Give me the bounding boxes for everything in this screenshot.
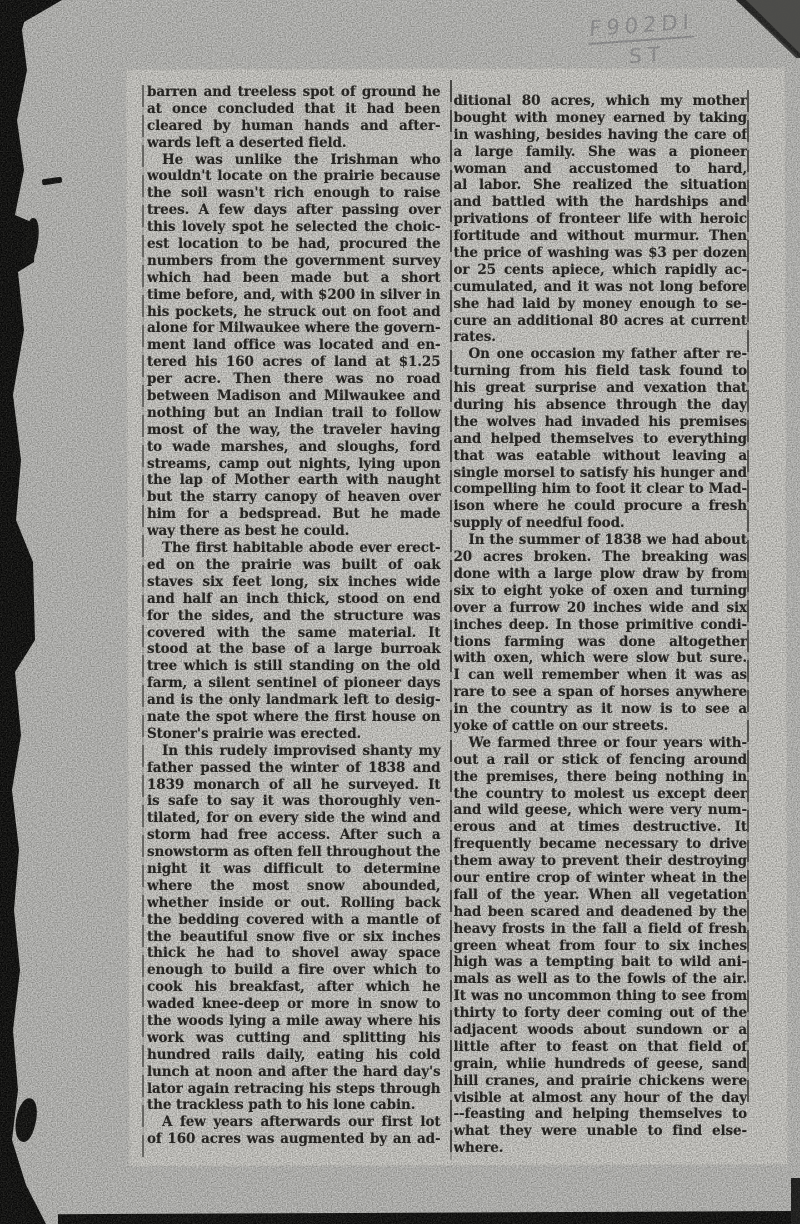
article-line: fortitude and without murmur. Then [454, 228, 748, 245]
article-line: this lovely spot he selected the choic- [147, 219, 441, 236]
article-line: and battled with the hardships and [454, 194, 748, 211]
article-line: inches deep. In those primitive condi- [454, 617, 748, 634]
article-line: thick he had to shovel away space [147, 945, 441, 962]
article-line: turning from his field task found to [454, 363, 748, 380]
article-line: waded knee-deep or more in snow to [147, 996, 441, 1013]
article-line: nothing but an Indian trail to follow [147, 405, 441, 422]
article-line: which had been made but a short [147, 270, 441, 287]
article-line: the lap of Mother earth with naught [147, 472, 441, 489]
article-line: woman and accustomed to hard, manu- [454, 161, 748, 178]
article-line: ison where he could procure a fresh [454, 498, 748, 515]
article-line: privations of fronteer life with heroic [454, 211, 748, 228]
article-line: father passed the winter of 1838 and [147, 760, 441, 777]
article-line: them away to prevent their destroying [454, 853, 748, 870]
article-line: storm had free access. After such a [147, 827, 441, 844]
article-line: what they were unable to find else- [454, 1123, 748, 1140]
article-line: bought with money earned by taking [454, 110, 748, 127]
article-line: green wheat from four to six inches [454, 938, 748, 955]
article-line: tree which is still standing on the old [147, 658, 441, 675]
article-line: tions farming was done altogether [454, 634, 748, 651]
article-line: lator again retracing his steps through [147, 1081, 441, 1098]
article-line: compelling him to foot it clear to Mad- [454, 481, 748, 498]
article-line: farm, a silent sentinel of pioneer days [147, 675, 441, 692]
article-line: that was eatable without leaving a [454, 448, 748, 465]
article-line: mals as well as to the fowls of the air. [454, 971, 748, 988]
article-line: rare to see a span of horses anywhere [454, 684, 748, 701]
article-line: six to eight yoke of oxen and turning [454, 583, 748, 600]
article-line: or 25 cents apiece, which rapidly ac- [454, 262, 748, 279]
article-column-right: ditional 80 acres, which my motherbought… [454, 93, 748, 1157]
torn-edge-left [0, 0, 46, 1224]
article-line: alone for Milwaukee where the govern- [147, 320, 441, 337]
article-line: the country to molest us except deer [454, 786, 748, 803]
paragraph: In this rudely improvised shanty myfathe… [147, 743, 441, 1115]
article-line: ditional 80 acres, which my mother [454, 93, 748, 110]
article-line: We farmed three or four years with- [454, 735, 748, 752]
article-line: the bedding covered with a mantle of [147, 912, 441, 929]
article-line: most of the way, the traveler having [147, 422, 441, 439]
article-line: In this rudely improvised shanty my [147, 743, 441, 760]
article-line: where the most snow abounded, [147, 878, 441, 895]
article-line: grain, whiie hundreds of geese, sand [454, 1056, 748, 1073]
article-line: cure an additional 80 acres at current [454, 313, 748, 330]
article-line: adjacent woods about sundown or a [454, 1022, 748, 1039]
article-body: barren and treeless spot of ground heat … [147, 84, 747, 1157]
paragraph: barren and treeless spot of ground heat … [147, 84, 441, 152]
paragraph: ditional 80 acres, which my motherbought… [454, 93, 748, 346]
article-line: in the country as it now is to see a [454, 701, 748, 718]
article-line: little after to feast on that field of [454, 1039, 748, 1056]
article-line: way there as best he could. [147, 523, 441, 540]
article-line: numbers from the government survey [147, 253, 441, 270]
article-line: In the summer of 1838 we had about [454, 532, 748, 549]
article-line: with oxen, which were slow but sure. [454, 650, 748, 667]
article-line: hundred rails daily, eating his cold [147, 1047, 441, 1064]
article-line: his great surprise and vexation that [454, 380, 748, 397]
tear-mark [42, 177, 63, 186]
article-line: tilated, for on every side the wind and [147, 810, 441, 827]
paragraph: A few years afterwards our first lotof 1… [147, 1114, 441, 1148]
article-line: for the sides, and the structure was [147, 608, 441, 625]
article-line: supply of needful food. [454, 515, 748, 532]
article-line: trees. A few days after passing over [147, 202, 441, 219]
article-line: lunch at noon and after the hard day's [147, 1064, 441, 1081]
article-line: 1839 monarch of all he surveyed. It [147, 777, 441, 794]
article-line: enough to build a fire over which to [147, 962, 441, 979]
article-line: barren and treeless spot of ground he [147, 84, 441, 101]
paragraph: In the summer of 1838 we had about20 acr… [454, 532, 748, 735]
article-line: our entire crop of winter wheat in the [454, 870, 748, 887]
article-line: snowstorm as often fell throughout the [147, 844, 441, 861]
article-line: heavy frosts in the fall a field of fres… [454, 921, 748, 938]
article-line: frequently became necessary to drive [454, 836, 748, 853]
article-line: and is the only landmark left to desig- [147, 692, 441, 709]
article-line: staves six feet long, six inches wide [147, 574, 441, 591]
article-line: night it was difficult to determine [147, 861, 441, 878]
article-line: tered his 160 acres of land at $1.25 [147, 354, 441, 371]
article-line: --feasting and helping themselves to [454, 1106, 748, 1123]
article-line: He was unlike the Irishman who [147, 152, 441, 169]
article-line: fall of the year. When all vegetation [454, 887, 748, 904]
article-line: him for a bedspread. But he made [147, 506, 441, 523]
article-line: est location to be had, procured the [147, 236, 441, 253]
article-line: ed on the prairie was built of oak [147, 557, 441, 574]
article-line: but the starry canopy of heaven over [147, 489, 441, 506]
paragraph: On one occasion my father after re-turni… [454, 346, 748, 532]
article-line: she had laid by money enough to se- [454, 296, 748, 313]
article-line: covered with the same material. It [147, 625, 441, 642]
catalog-code: F902DI [589, 10, 694, 45]
scan-edge-bottom [58, 1211, 800, 1224]
article-line: stood at the base of a large burroak [147, 641, 441, 658]
article-line: cleared by human hands and after- [147, 118, 441, 135]
article-line: the wolves had invaded his premises [454, 414, 748, 431]
article-line: per acre. Then there was no road [147, 371, 441, 388]
article-line: is safe to say it was thoroughly ven- [147, 793, 441, 810]
article-line: erous and at times destructive. It [454, 819, 748, 836]
article-line: the woods lying a mile away where his [147, 1013, 441, 1030]
article-line: out a rail or stick of fencing around [454, 752, 748, 769]
article-line: Stoner's prairie was erected. [147, 726, 441, 743]
article-line: nate the spot where the first house on [147, 709, 441, 726]
article-line: where. [454, 1140, 748, 1157]
article-line: streams, camp out nights, lying upon [147, 456, 441, 473]
article-line: wouldn't locate on the prairie because [147, 168, 441, 185]
article-line: and wild geese, which were very num- [454, 802, 748, 819]
article-line: single morsel to satisfy his hunger and [454, 465, 748, 482]
scan-edge-bottom-right [791, 1178, 800, 1224]
paragraph: He was unlike the Irishman whowouldn't l… [147, 152, 441, 540]
article-line: ment land office was located and en- [147, 337, 441, 354]
handwritten-catalog-note: F902DI ST [588, 7, 731, 71]
article-line: the trackless path to his lone cabin. [147, 1097, 441, 1114]
article-line: and half an inch thick, stood on end [147, 591, 441, 608]
article-line: The first habitable abode ever erect- [147, 540, 441, 557]
article-line: visible at almost any hour of the day [454, 1090, 748, 1107]
article-line: had been scared and deadened by the [454, 904, 748, 921]
article-line: the price of washing was $3 per dozen [454, 245, 748, 262]
article-line: wards left a deserted field. [147, 135, 441, 152]
catalog-code-line2: ST [629, 42, 666, 69]
article-line: over a furrow 20 inches wide and six [454, 600, 748, 617]
article-line: between Madison and Milwaukee and [147, 388, 441, 405]
article-line: yoke of cattle on our streets. [454, 718, 748, 735]
article-line: al labor. She realized the situation [454, 177, 748, 194]
article-line: On one occasion my father after re- [454, 346, 748, 363]
article-line: 20 acres broken. The breaking was [454, 549, 748, 566]
column-rule-left [142, 85, 144, 1157]
article-line: rates. [454, 329, 748, 346]
column-rule-right [747, 90, 749, 1102]
article-line: time before, and, with $200 in silver in [147, 287, 441, 304]
article-line: thirty to forty deer coming out of the [454, 1005, 748, 1022]
article-line: in washing, besides having the care of [454, 127, 748, 144]
article-line: It was no uncommon thing to see from [454, 988, 748, 1005]
article-line: hill cranes, and prairie chickens were [454, 1073, 748, 1090]
article-line: the soil wasn't rich enough to raise [147, 185, 441, 202]
article-line: whether inside or out. Rolling back [147, 895, 441, 912]
paragraph: The first habitable abode ever erect-ed … [147, 540, 441, 743]
article-line: high was a tempting bait to wild ani- [454, 954, 748, 971]
article-line: cook his breakfast, after which he [147, 979, 441, 996]
article-line: during his absence through the day [454, 397, 748, 414]
article-line: the premises, there being nothing in [454, 769, 748, 786]
article-line: the beautiful snow five or six inches [147, 929, 441, 946]
article-line: cumulated, and it was not long before [454, 279, 748, 296]
paragraph: We farmed three or four years with-out a… [454, 735, 748, 1157]
article-line: done with a large plow draw by from [454, 566, 748, 583]
article-line: A few years afterwards our first lot [147, 1114, 441, 1131]
article-line: his pockets, he struck out on foot and [147, 304, 441, 321]
article-line: to wade marshes, and sloughs, ford [147, 439, 441, 456]
article-line: work was cutting and splitting his [147, 1030, 441, 1047]
article-line: a large family. She was a pioneer [454, 144, 748, 161]
corner-fold-top-left [0, 0, 62, 36]
article-line: of 160 acres was augmented by an ad- [147, 1131, 441, 1148]
article-line: and helped themselves to everything [454, 431, 748, 448]
article-column-left: barren and treeless spot of ground heat … [147, 84, 441, 1157]
article-line: I can well remember when it was as [454, 667, 748, 684]
article-line: at once concluded that it had been [147, 101, 441, 118]
